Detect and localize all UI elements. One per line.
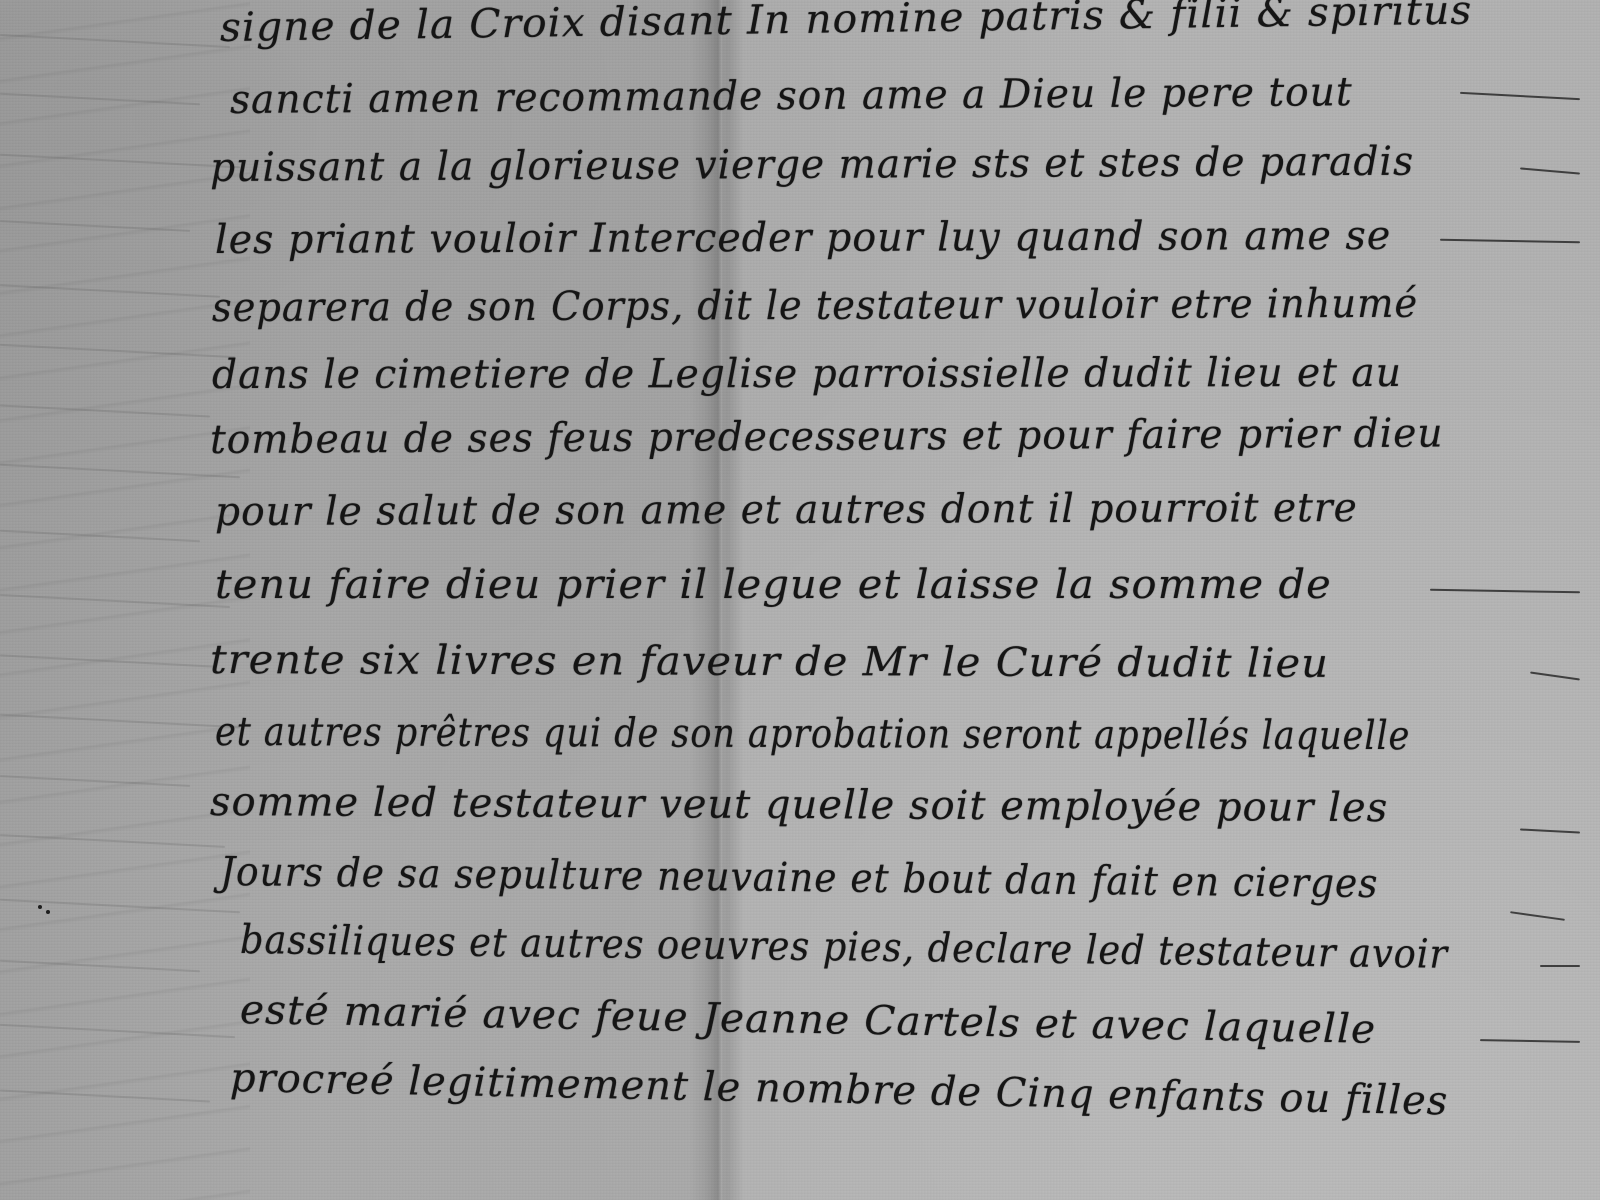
manuscript-line-4: les priant vouloir Interceder pour luy q… [215, 216, 1391, 260]
line-filler-dash [1460, 92, 1580, 100]
ink-speck [38, 905, 42, 909]
line-filler-dash [1430, 589, 1580, 594]
manuscript-text: signe de la Croix disant In nomine patri… [200, 0, 1580, 1200]
manuscript-line-7: tombeau de ses feus predecesseurs et pou… [210, 414, 1444, 460]
line-filler-dash [1510, 911, 1565, 921]
manuscript-page: signe de la Croix disant In nomine patri… [0, 0, 1600, 1200]
manuscript-line-15: esté marié avec feue Jeanne Cartels et a… [240, 990, 1377, 1050]
manuscript-line-10: trente six livres en faveur de Mr le Cur… [210, 640, 1329, 684]
manuscript-line-9: tenu faire dieu prier il legue et laisse… [215, 565, 1332, 605]
line-filler-dash [1520, 167, 1580, 174]
manuscript-line-1: signe de la Croix disant In nomine patri… [220, 0, 1473, 48]
line-filler-dash [1530, 672, 1580, 681]
manuscript-line-16: procreé legitimement le nombre de Cinq e… [230, 1058, 1449, 1121]
line-filler-dash [1520, 828, 1580, 833]
line-filler-dash [1440, 239, 1580, 243]
manuscript-line-8: pour le salut de son ame et autres dont … [215, 488, 1358, 532]
manuscript-line-2: sancti amen recommande son ame a Dieu le… [230, 72, 1353, 120]
manuscript-line-12: somme led testateur veut quelle soit emp… [210, 782, 1388, 828]
ink-speck [46, 910, 50, 914]
manuscript-line-11: et autres prêtres qui de son aprobation … [215, 712, 1410, 756]
manuscript-line-13: Jours de sa sepulture neuvaine et bout d… [220, 852, 1379, 904]
manuscript-line-14: bassiliques et autres oeuvres pies, decl… [240, 920, 1448, 975]
manuscript-line-6: dans le cimetiere de Leglise parroissiel… [212, 353, 1402, 395]
line-filler-dash [1540, 965, 1580, 967]
manuscript-line-5: separera de son Corps, dit le testateur … [212, 284, 1418, 328]
manuscript-line-3: puissant a la glorieuse vierge marie sts… [210, 142, 1414, 188]
line-filler-dash [1480, 1039, 1580, 1043]
